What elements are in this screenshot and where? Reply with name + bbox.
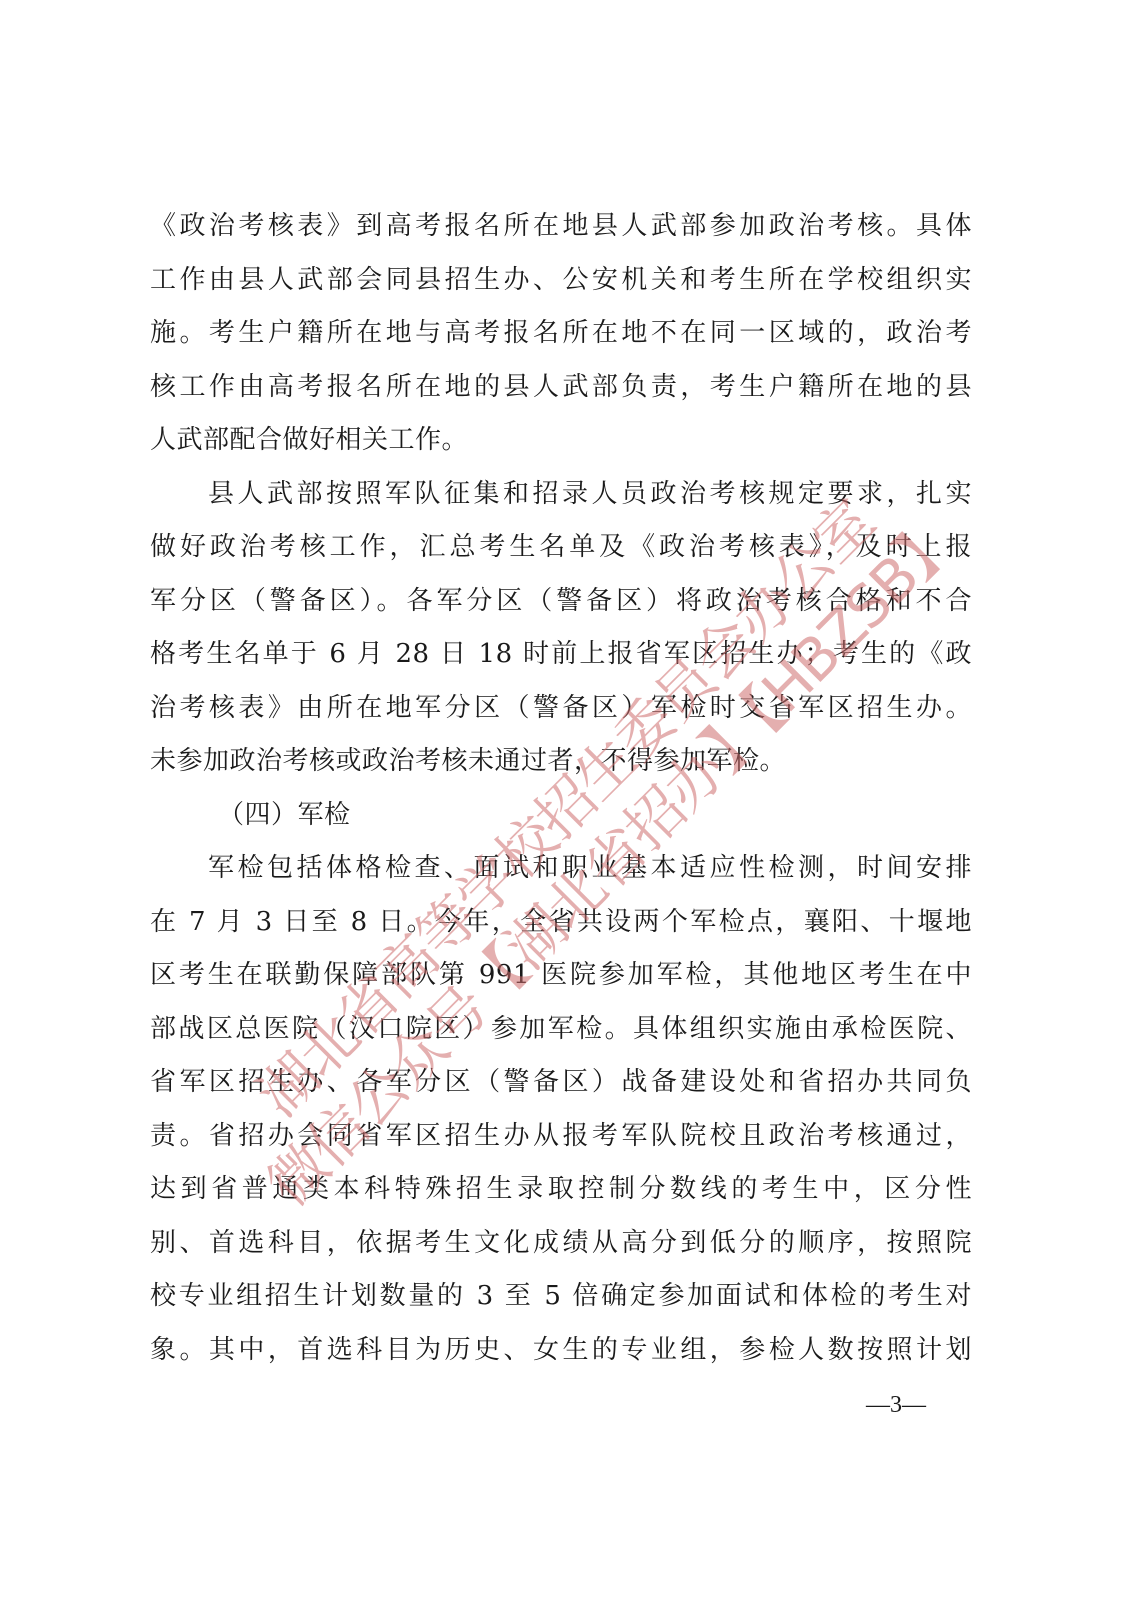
body-line: 核工作由高考报名所在地的县人武部负责，考生户籍所在地的县	[150, 361, 972, 415]
body-line: 人武部配合做好相关工作。	[150, 414, 972, 468]
body-line: 别、首选科目，依据考生文化成绩从高分到低分的顺序，按照院	[150, 1217, 972, 1271]
body-line: 未参加政治考核或政治考核未通过者，不得参加军检。	[150, 735, 972, 789]
body-line: 工作由县人武部会同县招生办、公安机关和考生所在学校组织实	[150, 254, 972, 308]
section-heading: （四）军检	[150, 789, 972, 843]
body-line: 责。省招办会同省军区招生办从报考军队院校且政治考核通过，	[150, 1110, 972, 1164]
paragraph-start-line: 县人武部按照军队征集和招录人员政治考核规定要求，扎实	[150, 468, 972, 522]
page-number: —3—	[866, 1392, 926, 1419]
body-line: 象。其中，首选科目为历史、女生的专业组，参检人数按照计划	[150, 1324, 972, 1378]
document-page: 《政治考核表》到高考报名所在地县人武部参加政治考核。具体 工作由县人武部会同县招…	[0, 0, 1131, 1600]
body-line: 格考生名单于 6 月 28 日 18 时前上报省军区招生办；考生的《政	[150, 628, 972, 682]
body-line: 军分区（警备区）。各军分区（警备区）将政治考核合格和不合	[150, 575, 972, 629]
body-line: 施。考生户籍所在地与高考报名所在地不在同一区域的，政治考	[150, 307, 972, 361]
paragraph-start-line: 军检包括体格检查、面试和职业基本适应性检测，时间安排	[150, 842, 972, 896]
body-line: 校专业组招生计划数量的 3 至 5 倍确定参加面试和体检的考生对	[150, 1270, 972, 1324]
document-body: 《政治考核表》到高考报名所在地县人武部参加政治考核。具体 工作由县人武部会同县招…	[150, 200, 972, 1377]
body-line: 在 7 月 3 日至 8 日。今年，全省共设两个军检点，襄阳、十堰地	[150, 896, 972, 950]
body-line: 《政治考核表》到高考报名所在地县人武部参加政治考核。具体	[150, 200, 972, 254]
body-line: 达到省普通类本科特殊招生录取控制分数线的考生中，区分性	[150, 1163, 972, 1217]
body-line: 部战区总医院（汉口院区）参加军检。具体组织实施由承检医院、	[150, 1003, 972, 1057]
body-line: 做好政治考核工作，汇总考生名单及《政治考核表》，及时上报	[150, 521, 972, 575]
body-line: 治考核表》由所在地军分区（警备区）军检时交省军区招生办。	[150, 682, 972, 736]
body-line: 区考生在联勤保障部队第 991 医院参加军检，其他地区考生在中	[150, 949, 972, 1003]
body-line: 省军区招生办、各军分区（警备区）战备建设处和省招办共同负	[150, 1056, 972, 1110]
